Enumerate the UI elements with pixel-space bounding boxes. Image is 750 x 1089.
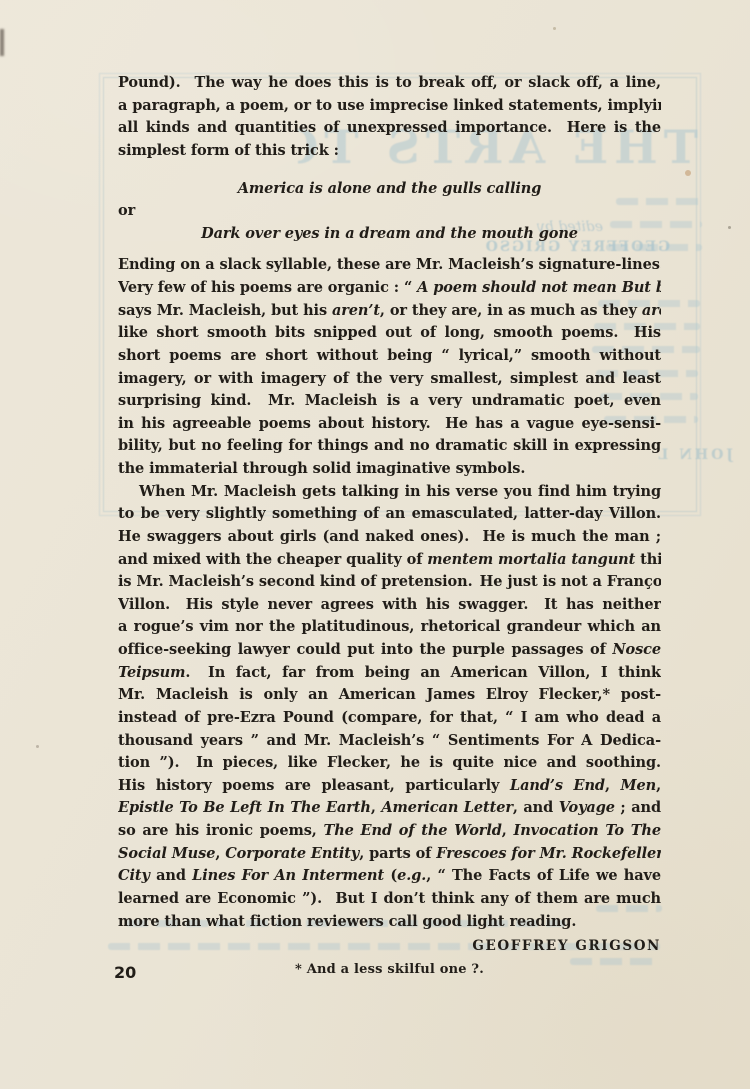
text-line: a rogue’s vim nor the platitudinous, rhe… [118,616,661,639]
text-line: City and Lines For An Interment (e.g., “… [118,865,661,888]
text-line: Villon. His style never agrees with his … [118,594,661,617]
paragraph: When Mr. Macleish gets talking in his ve… [118,481,661,934]
text-line: His history poems are pleasant, particul… [118,775,661,798]
text-line: surprising kind. Mr. Macleish is a very … [118,390,661,413]
text-line: tion ”). In pieces, like Flecker, he is … [118,752,661,775]
text-line: Ending on a slack syllable, these are Mr… [118,254,661,277]
text-line: Dark over eyes in a dream and the mouth … [118,223,661,246]
text-line: Very few of his poems are organic : “ A … [118,277,661,300]
paragraph: Pound). The way he does this is to break… [118,72,661,163]
text-line: the immaterial through solid imaginative… [118,458,661,481]
scan-edge-mark [0,29,4,56]
text-line: like short smooth bits snipped out of lo… [118,322,661,345]
body-paragraphs: Pound). The way he does this is to break… [118,72,661,933]
text-line: Mr. Macleish is only an American James E… [118,684,661,707]
scanned-book-page: THE ARTS TO edited by GEOFFREY GRIGSON J… [0,0,750,1089]
text-line: a paragraph, a poem, or to use imprecise… [118,95,661,118]
text-line: office-seeking lawyer could put into the… [118,639,661,662]
page-number: 20 [114,963,136,982]
text-line: says Mr. Macleish, but his aren’t, or th… [118,300,661,323]
paragraph: Ending on a slack syllable, these are Mr… [118,254,661,480]
text-line: instead of pre-Ezra Pound (compare, for … [118,707,661,730]
foxing-speck [728,226,731,229]
text-line: Social Muse, Corporate Entity, parts of … [118,843,661,866]
verse-quote: America is alone and the gulls callingor… [118,178,661,246]
text-line: more than what fiction reviewers call go… [118,911,661,934]
text-line: America is alone and the gulls calling [118,178,661,201]
text-line: thousand years ” and Mr. Macleish’s “ Se… [118,730,661,753]
text-line: or [118,200,661,223]
text-line: in his agreeable poems about history. He… [118,413,661,436]
text-line: all kinds and quantities of unexpressed … [118,117,661,140]
text-line: imagery, or with imagery of the very sma… [118,368,661,391]
text-line: learned are Economic ”). But I don’t thi… [118,888,661,911]
text-line: and mixed with the cheaper quality of me… [118,549,661,572]
text-line: is Mr. Macleish’s second kind of pretens… [118,571,661,594]
text-line: When Mr. Macleish gets talking in his ve… [118,481,661,504]
author-signature: GEOFFREY GRIGSON [118,935,661,958]
text-line: short poems are short without being “ ly… [118,345,661,368]
text-line: to be very slightly something of an emas… [118,503,661,526]
text-line: simplest form of this trick : [118,140,661,163]
footnote: * And a less skilful one ?. [118,959,661,982]
text-line: Epistle To Be Left In The Earth, America… [118,797,661,820]
text-line: He swaggers about girls (and naked ones)… [118,526,661,549]
foxing-speck [36,745,39,748]
text-line: so are his ironic poems, The End of the … [118,820,661,843]
text-line: Pound). The way he does this is to break… [118,72,661,95]
text-line: Teipsum. In fact, far from being an Amer… [118,662,661,685]
page-text: Pound). The way he does this is to break… [118,72,661,981]
foxing-speck [553,27,556,30]
foxing-speck [685,170,691,176]
text-line: bility, but no feeling for things and no… [118,435,661,458]
